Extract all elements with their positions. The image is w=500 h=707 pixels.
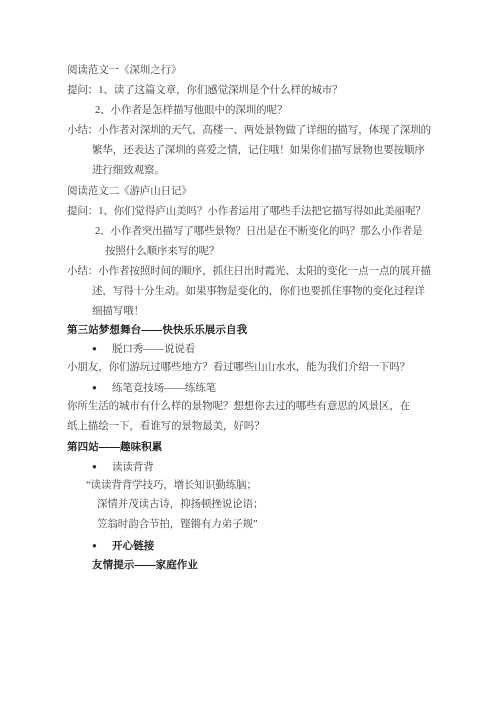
talk-show-label: 脱口秀——说说看 (112, 344, 195, 355)
sample2-summary-line-3: 细描写哦！ (92, 305, 144, 319)
list-item-read-recite: ●读读背背 (92, 460, 154, 475)
bullet-icon: ● (92, 381, 112, 395)
talk-show-prompt: 小朋友，你们游玩过哪些地方？看过哪些山山水水，能为我们介绍一下吗？ (67, 361, 410, 375)
heading-homework: 友情提示——家庭作业 (92, 558, 198, 572)
read-recite-label: 读读背背 (112, 462, 154, 473)
list-item-happy-link: ●开心链接 (92, 539, 154, 553)
sample1-question-1: 提问：1、读了这篇文章，你们感觉深圳是个什么样的城市？ (67, 84, 343, 98)
bullet-icon: ● (92, 539, 112, 553)
bullet-icon: ● (92, 342, 112, 356)
heading-station-4: 第四站——趣味积累 (67, 440, 162, 454)
sample1-summary-line-1: 小结：小作者对深圳的天气、高楼一、两处景物做了详细的描写，体现了深圳的 (67, 124, 431, 138)
writing-arena-label: 练笔竞技场——练练笔 (112, 383, 216, 394)
happy-link-label: 开心链接 (112, 540, 154, 552)
rhyme-line-3: 笠翁时韵合节拍，铿锵有力弟子规” (97, 518, 258, 532)
rhyme-line-1: “读读背背学技巧，增长知识勤练脑； (86, 479, 257, 493)
list-item-talk-show: ●脱口秀——说说看 (92, 342, 195, 357)
rhyme-line-2: 深情并茂读古诗，抑扬顿挫说论语； (97, 498, 263, 512)
list-item-writing-arena: ●练笔竞技场——练练笔 (92, 381, 216, 396)
document-page: 阅读范文一《深圳之行》 提问：1、读了这篇文章，你们感觉深圳是个什么样的城市？ … (0, 0, 500, 707)
sample1-summary-line-3: 进行细致观察。 (92, 164, 165, 178)
sample1-summary-line-2: 繁华，还表达了深圳的喜爱之情，记住哦！如果你们描写景物也要按顺序 (92, 144, 425, 158)
writing-prompt-line-2: 纸上描绘一下，看谁写的景物最美，好吗？ (67, 420, 265, 434)
writing-prompt-line-1: 你所生活的城市有什么样的景物呢？想想你去过的哪些有意思的风景区，在 (67, 400, 410, 414)
sample2-question-2: 2、小作者突出描写了哪些景物？日出是在不断变化的吗？那么小作者是 (95, 225, 423, 239)
sample2-summary-line-2: 述，写得十分生动。如果事物是变化的，你们也要抓住事物的变化过程详 (92, 285, 425, 299)
heading-station-3: 第三站梦想舞台——快快乐乐展示自我 (67, 323, 247, 337)
sample2-question-1: 提问：1、你们觉得庐山美吗？小作者运用了哪些手法把它描写得如此美丽呢？ (67, 205, 426, 219)
sample2-summary-line-1: 小结：小作者按照时间的顺序，抓住日出时霞光、太阳的变化一点一点的展开描 (67, 265, 431, 279)
sample1-question-2: 2、小作者是怎样描写他眼中的深圳的呢？ (95, 104, 287, 118)
reading-sample-1-title: 阅读范文一《深圳之行》 (67, 64, 181, 78)
sample2-question-2-cont: 按照什么顺序来写的呢？ (105, 245, 219, 259)
bullet-icon: ● (92, 460, 112, 474)
reading-sample-2-title: 阅读范文二《游庐山日记》 (67, 185, 192, 199)
